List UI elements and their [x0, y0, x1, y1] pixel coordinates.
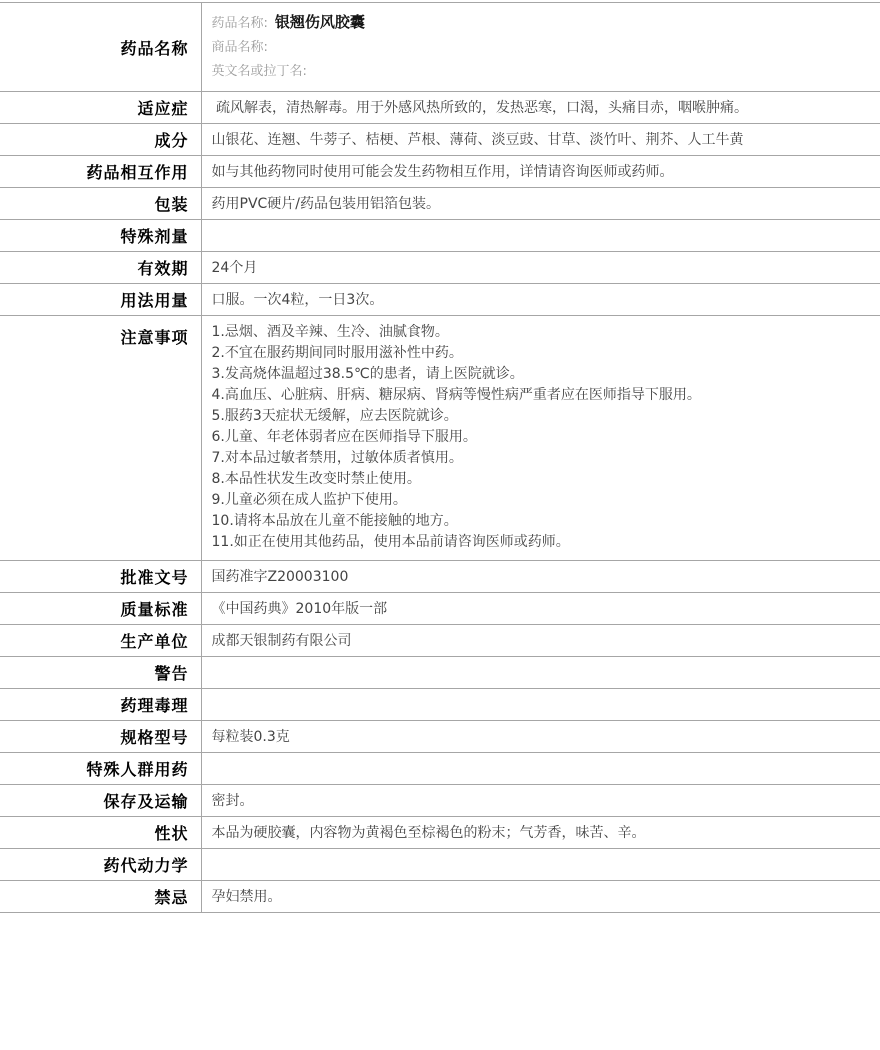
table-row: 生产单位成都天银制药有限公司: [0, 625, 880, 657]
name-field-key: 商品名称:: [212, 40, 268, 55]
row-value: 《中国药典》2010年版一部: [201, 593, 880, 625]
name-field-line: 商品名称:: [212, 35, 867, 59]
precaution-item: 7.对本品过敏者禁用，过敏体质者慎用。: [212, 448, 867, 469]
row-value: 本品为硬胶囊，内容物为黄褐色至棕褐色的粉末；气芳香，味苦、辛。: [201, 817, 880, 849]
row-label: 保存及运输: [0, 785, 201, 817]
table-row: 特殊剂量: [0, 220, 880, 252]
table-row: 适应症 疏风解表，清热解毒。用于外感风热所致的，发热恶寒，口渴，头痛目赤，咽喉肿…: [0, 92, 880, 124]
precaution-item: 6.儿童、年老体弱者应在医师指导下服用。: [212, 427, 867, 448]
row-value: 密封。: [201, 785, 880, 817]
row-value-text: 本品为硬胶囊，内容物为黄褐色至棕褐色的粉末；气芳香，味苦、辛。: [212, 825, 646, 841]
row-value: 国药准字Z20003100: [201, 561, 880, 593]
row-value: [201, 689, 880, 721]
precaution-item: 10.请将本品放在儿童不能接触的地方。: [212, 511, 867, 532]
table-row: 药理毒理: [0, 689, 880, 721]
precaution-item: 4.高血压、心脏病、肝病、糖尿病、肾病等慢性病严重者应在医师指导下服用。: [212, 385, 867, 406]
table-row: 批准文号国药准字Z20003100: [0, 561, 880, 593]
row-label: 特殊剂量: [0, 220, 201, 252]
row-value: [201, 753, 880, 785]
table-row: 质量标准《中国药典》2010年版一部: [0, 593, 880, 625]
row-label: 包装: [0, 188, 201, 220]
precaution-item: 2.不宜在服药期间同时服用滋补性中药。: [212, 343, 867, 364]
row-label: 药品相互作用: [0, 156, 201, 188]
row-value-text: 如与其他药物同时使用可能会发生药物相互作用，详情请咨询医师或药师。: [212, 164, 674, 180]
table-row: 药品名称药品名称:银翘伤风胶囊商品名称:英文名或拉丁名:: [0, 3, 880, 92]
row-value-text: 疏风解表，清热解毒。用于外感风热所致的，发热恶寒，口渴，头痛目赤，咽喉肿痛。: [212, 100, 748, 116]
row-label: 生产单位: [0, 625, 201, 657]
row-value: 药品名称:银翘伤风胶囊商品名称:英文名或拉丁名:: [201, 3, 880, 92]
row-label: 药代动力学: [0, 849, 201, 881]
row-value: 24个月: [201, 252, 880, 284]
precaution-item: 11.如正在使用其他药品，使用本品前请咨询医师或药师。: [212, 532, 867, 553]
row-value-text: 孕妇禁用。: [212, 889, 282, 905]
row-label: 规格型号: [0, 721, 201, 753]
row-label: 禁忌: [0, 881, 201, 913]
table-row: 用法用量口服。一次4粒，一日3次。: [0, 284, 880, 316]
table-row: 特殊人群用药: [0, 753, 880, 785]
row-value-text: 成都天银制药有限公司: [212, 633, 352, 649]
name-field-key: 药品名称:: [212, 16, 268, 31]
row-value: [201, 220, 880, 252]
table-row: 性状本品为硬胶囊，内容物为黄褐色至棕褐色的粉末；气芳香，味苦、辛。: [0, 817, 880, 849]
drug-info-table: 药品名称药品名称:银翘伤风胶囊商品名称:英文名或拉丁名:适应症 疏风解表，清热解…: [0, 2, 880, 913]
table-row: 成分山银花、连翘、牛蒡子、桔梗、芦根、薄荷、淡豆豉、甘草、淡竹叶、荆芥、人工牛黄: [0, 124, 880, 156]
name-field-line: 药品名称:银翘伤风胶囊: [212, 11, 867, 35]
drug-info-page: 药品名称药品名称:银翘伤风胶囊商品名称:英文名或拉丁名:适应症 疏风解表，清热解…: [0, 0, 880, 1050]
name-field-key: 英文名或拉丁名:: [212, 64, 307, 79]
row-label: 批准文号: [0, 561, 201, 593]
table-row: 警告: [0, 657, 880, 689]
table-row: 包装药用PVC硬片/药品包装用铝箔包装。: [0, 188, 880, 220]
row-label: 有效期: [0, 252, 201, 284]
row-value-text: 《中国药典》2010年版一部: [212, 601, 388, 617]
row-value-text: 国药准字Z20003100: [212, 569, 349, 585]
row-value: [201, 657, 880, 689]
name-field-value: 银翘伤风胶囊: [275, 13, 365, 31]
row-value: 口服。一次4粒，一日3次。: [201, 284, 880, 316]
row-label: 注意事项: [0, 316, 201, 561]
row-label: 药品名称: [0, 3, 201, 92]
precaution-item: 5.服药3天症状无缓解，应去医院就诊。: [212, 406, 867, 427]
table-row: 药代动力学: [0, 849, 880, 881]
table-row: 规格型号每粒装0.3克: [0, 721, 880, 753]
table-row: 药品相互作用如与其他药物同时使用可能会发生药物相互作用，详情请咨询医师或药师。: [0, 156, 880, 188]
precaution-item: 8.本品性状发生改变时禁止使用。: [212, 469, 867, 490]
table-row: 注意事项1.忌烟、酒及辛辣、生冷、油腻食物。2.不宜在服药期间同时服用滋补性中药…: [0, 316, 880, 561]
row-value: 如与其他药物同时使用可能会发生药物相互作用，详情请咨询医师或药师。: [201, 156, 880, 188]
row-value: 山银花、连翘、牛蒡子、桔梗、芦根、薄荷、淡豆豉、甘草、淡竹叶、荆芥、人工牛黄: [201, 124, 880, 156]
row-value: 每粒装0.3克: [201, 721, 880, 753]
table-row: 有效期24个月: [0, 252, 880, 284]
row-value: 1.忌烟、酒及辛辣、生冷、油腻食物。2.不宜在服药期间同时服用滋补性中药。3.发…: [201, 316, 880, 561]
row-value-text: 密封。: [212, 793, 254, 809]
row-value-text: 24个月: [212, 260, 258, 276]
row-label: 成分: [0, 124, 201, 156]
row-label: 用法用量: [0, 284, 201, 316]
table-row: 保存及运输密封。: [0, 785, 880, 817]
precaution-item: 3.发高烧体温超过38.5℃的患者，请上医院就诊。: [212, 364, 867, 385]
row-label: 药理毒理: [0, 689, 201, 721]
row-value: [201, 849, 880, 881]
table-row: 禁忌孕妇禁用。: [0, 881, 880, 913]
drug-info-table-body: 药品名称药品名称:银翘伤风胶囊商品名称:英文名或拉丁名:适应症 疏风解表，清热解…: [0, 3, 880, 913]
row-label: 适应症: [0, 92, 201, 124]
precaution-item: 9.儿童必须在成人监护下使用。: [212, 490, 867, 511]
row-label: 质量标准: [0, 593, 201, 625]
row-value: 药用PVC硬片/药品包装用铝箔包装。: [201, 188, 880, 220]
row-label: 警告: [0, 657, 201, 689]
row-value: 成都天银制药有限公司: [201, 625, 880, 657]
name-field-line: 英文名或拉丁名:: [212, 59, 867, 83]
row-label: 特殊人群用药: [0, 753, 201, 785]
row-value-text: 山银花、连翘、牛蒡子、桔梗、芦根、薄荷、淡豆豉、甘草、淡竹叶、荆芥、人工牛黄: [212, 132, 744, 148]
row-value-text: 药用PVC硬片/药品包装用铝箔包装。: [212, 196, 441, 212]
row-value: 疏风解表，清热解毒。用于外感风热所致的，发热恶寒，口渴，头痛目赤，咽喉肿痛。: [201, 92, 880, 124]
row-value-text: 口服。一次4粒，一日3次。: [212, 292, 384, 308]
precaution-item: 1.忌烟、酒及辛辣、生冷、油腻食物。: [212, 322, 867, 343]
row-value: 孕妇禁用。: [201, 881, 880, 913]
row-value-text: 每粒装0.3克: [212, 729, 290, 745]
row-label: 性状: [0, 817, 201, 849]
